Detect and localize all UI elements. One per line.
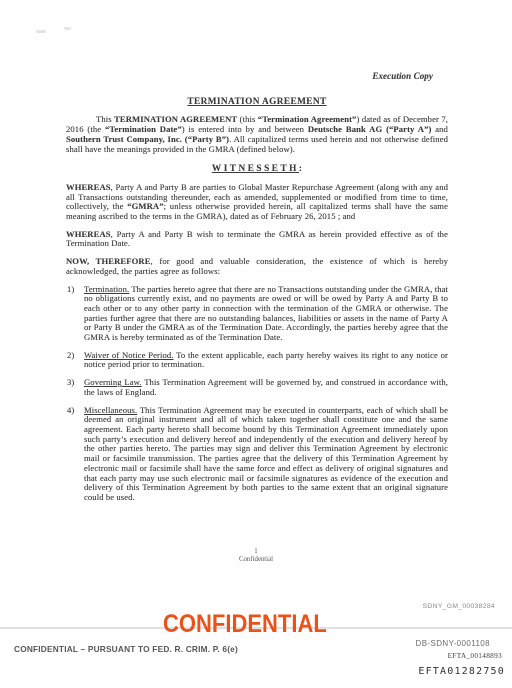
execution-copy-label: Execution Copy [66,72,448,82]
footer-confidential-label: Confidential [0,556,512,564]
list-item-number: 3) [67,378,74,388]
list-item-governing-law: 3) Governing Law. This Termination Agree… [66,378,448,397]
bates-stamp-efta-small: EFTA_00148893 [448,651,502,660]
now-therefore-paragraph: NOW, THEREFORE, for good and valuable co… [66,257,448,276]
document-body: Execution Copy TERMINATION AGREEMENT Thi… [66,0,448,503]
confidential-legend: CONFIDENTIAL – PURSUANT TO FED. R. CRIM.… [14,644,238,654]
bates-stamp-db: DB-SDNY-0001108 [416,639,490,648]
page-footer: 1 Confidential [0,548,512,564]
list-item-waiver-of-notice: 2) Waiver of Notice Period. To the exten… [66,351,448,370]
list-item-number: 1) [67,285,74,295]
scan-artifact-smudge [36,30,46,33]
witnesseth-text: WITNESSETH [212,164,299,174]
scanned-document-page: Execution Copy TERMINATION AGREEMENT Thi… [0,0,512,688]
document-title: TERMINATION AGREEMENT [66,98,448,108]
intro-paragraph: This TERMINATION AGREEMENT (this “Termin… [66,115,448,154]
list-item-number: 2) [67,351,74,361]
bates-stamp-efta-large: EFTA01282750 [418,666,505,677]
production-number-stamp: SDNY_GM_00038284 [423,603,495,610]
whereas-paragraph-2: WHEREAS, Party A and Party B wish to ter… [66,230,448,249]
list-item-termination: 1) Termination. The parties hereto agree… [66,285,448,343]
witnesseth-heading: WITNESSETH: [66,165,448,175]
list-item-text: Termination. The parties hereto agree th… [84,285,448,343]
witnesseth-colon: : [299,164,302,174]
list-item-text: Waiver of Notice Period. To the extent a… [84,351,448,370]
list-item-number: 4) [67,406,74,416]
page-number: 1 [0,548,512,556]
whereas-paragraph-1: WHEREAS, Party A and Party B are parties… [66,183,448,222]
list-item-miscellaneous: 4) Miscellaneous. This Termination Agree… [66,406,448,503]
confidential-watermark: CONFIDENTIAL [163,611,327,637]
list-item-text: Miscellaneous. This Termination Agreemen… [84,406,448,503]
list-item-text: Governing Law. This Termination Agreemen… [84,378,448,397]
